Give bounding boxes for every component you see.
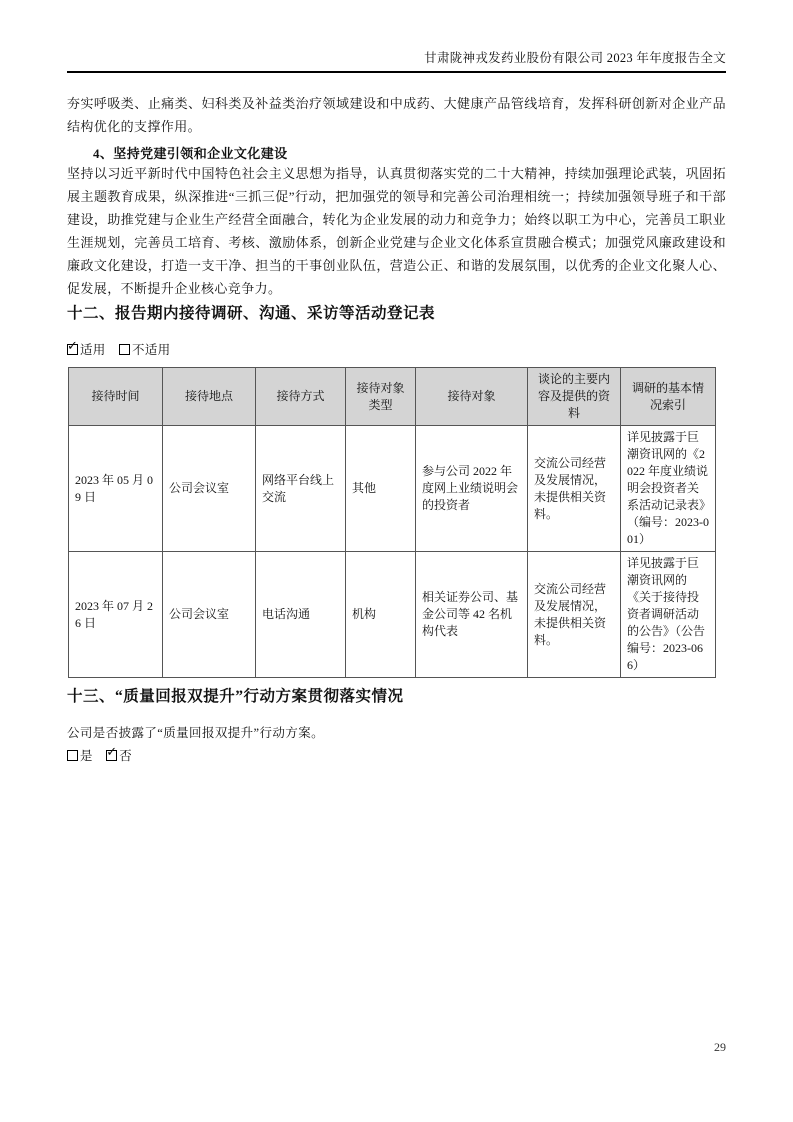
checkbox-unchecked-icon (67, 750, 78, 761)
cell-object-type: 其他 (346, 426, 416, 552)
heading-party-building: 4、坚持党建引领和企业文化建设 (67, 143, 726, 162)
checkbox-unchecked-icon (119, 344, 130, 355)
section-12-title: 十二、报告期内接待调研、沟通、采访等活动登记表 (67, 301, 726, 323)
yes-no-row: 是 ✓ 否 (67, 746, 726, 765)
col-header-reception-object: 接待对象 (416, 368, 528, 426)
table-header-row: 接待时间 接待地点 接待方式 接待对象类型 接待对象 谈论的主要内容及提供的资料… (69, 368, 716, 426)
col-header-reception-time: 接待时间 (69, 368, 163, 426)
checkbox-no: ✓ 否 (106, 746, 132, 764)
cell-place: 公司会议室 (163, 552, 256, 678)
cell-content: 交流公司经营及发展情况，未提供相关资料。 (528, 552, 621, 678)
page-number: 29 (67, 1040, 726, 1055)
applicable-row: ✓ 适用 不适用 (67, 340, 726, 359)
section-13-title: 十三、“质量回报双提升”行动方案贯彻落实情况 (67, 684, 726, 706)
no-label: 否 (119, 746, 132, 764)
applicable-label: 适用 (80, 340, 106, 358)
col-header-object-type: 接待对象类型 (346, 368, 416, 426)
cell-index: 详见披露于巨潮资讯网的《2022 年度业绩说明会投资者关系活动记录表》（编号：2… (621, 426, 716, 552)
header-rule (67, 71, 726, 73)
col-header-reception-method: 接待方式 (256, 368, 346, 426)
not-applicable-label: 不适用 (132, 340, 170, 358)
yes-label: 是 (80, 746, 93, 764)
reception-activity-table: 接待时间 接待地点 接待方式 接待对象类型 接待对象 谈论的主要内容及提供的资料… (68, 367, 716, 678)
table-row: 2023 年 05 月 09 日 公司会议室 网络平台线上交流 其他 参与公司 … (69, 426, 716, 552)
checkbox-not-applicable: 不适用 (119, 340, 170, 358)
checkbox-yes: 是 (67, 746, 93, 764)
cell-index: 详见披露于巨潮资讯网的《关于接待投资者调研活动的公告》（公告编号：2023-06… (621, 552, 716, 678)
col-header-survey-index: 调研的基本情况索引 (621, 368, 716, 426)
col-header-main-content: 谈论的主要内容及提供的资料 (528, 368, 621, 426)
cell-object: 参与公司 2022 年度网上业绩说明会的投资者 (416, 426, 528, 552)
cell-time: 2023 年 07 月 26 日 (69, 552, 163, 678)
paragraph-party-building: 坚持以习近平新时代中国特色社会主义思想为指导，认真贯彻落实党的二十大精神，持续加… (67, 162, 726, 300)
cell-method: 电话沟通 (256, 552, 346, 678)
cell-place: 公司会议室 (163, 426, 256, 552)
cell-method: 网络平台线上交流 (256, 426, 346, 552)
report-page: 甘肃陇神戎发药业股份有限公司 2023 年年度报告全文 夯实呼吸类、止痛类、妇科… (0, 0, 793, 1122)
paragraph-product-lines: 夯实呼吸类、止痛类、妇科类及补益类治疗领域建设和中成药、大健康产品管线培育，发挥… (67, 92, 726, 138)
disclosure-question: 公司是否披露了“质量回报双提升”行动方案。 (67, 722, 726, 745)
checkbox-checked-icon: ✓ (106, 750, 117, 761)
cell-object-type: 机构 (346, 552, 416, 678)
cell-time: 2023 年 05 月 09 日 (69, 426, 163, 552)
cell-content: 交流公司经营及发展情况，未提供相关资料。 (528, 426, 621, 552)
checkbox-applicable: ✓ 适用 (67, 340, 106, 358)
table-row: 2023 年 07 月 26 日 公司会议室 电话沟通 机构 相关证券公司、基金… (69, 552, 716, 678)
cell-object: 相关证券公司、基金公司等 42 名机构代表 (416, 552, 528, 678)
col-header-reception-place: 接待地点 (163, 368, 256, 426)
checkbox-checked-icon: ✓ (67, 344, 78, 355)
running-header: 甘肃陇神戎发药业股份有限公司 2023 年年度报告全文 (67, 48, 726, 66)
